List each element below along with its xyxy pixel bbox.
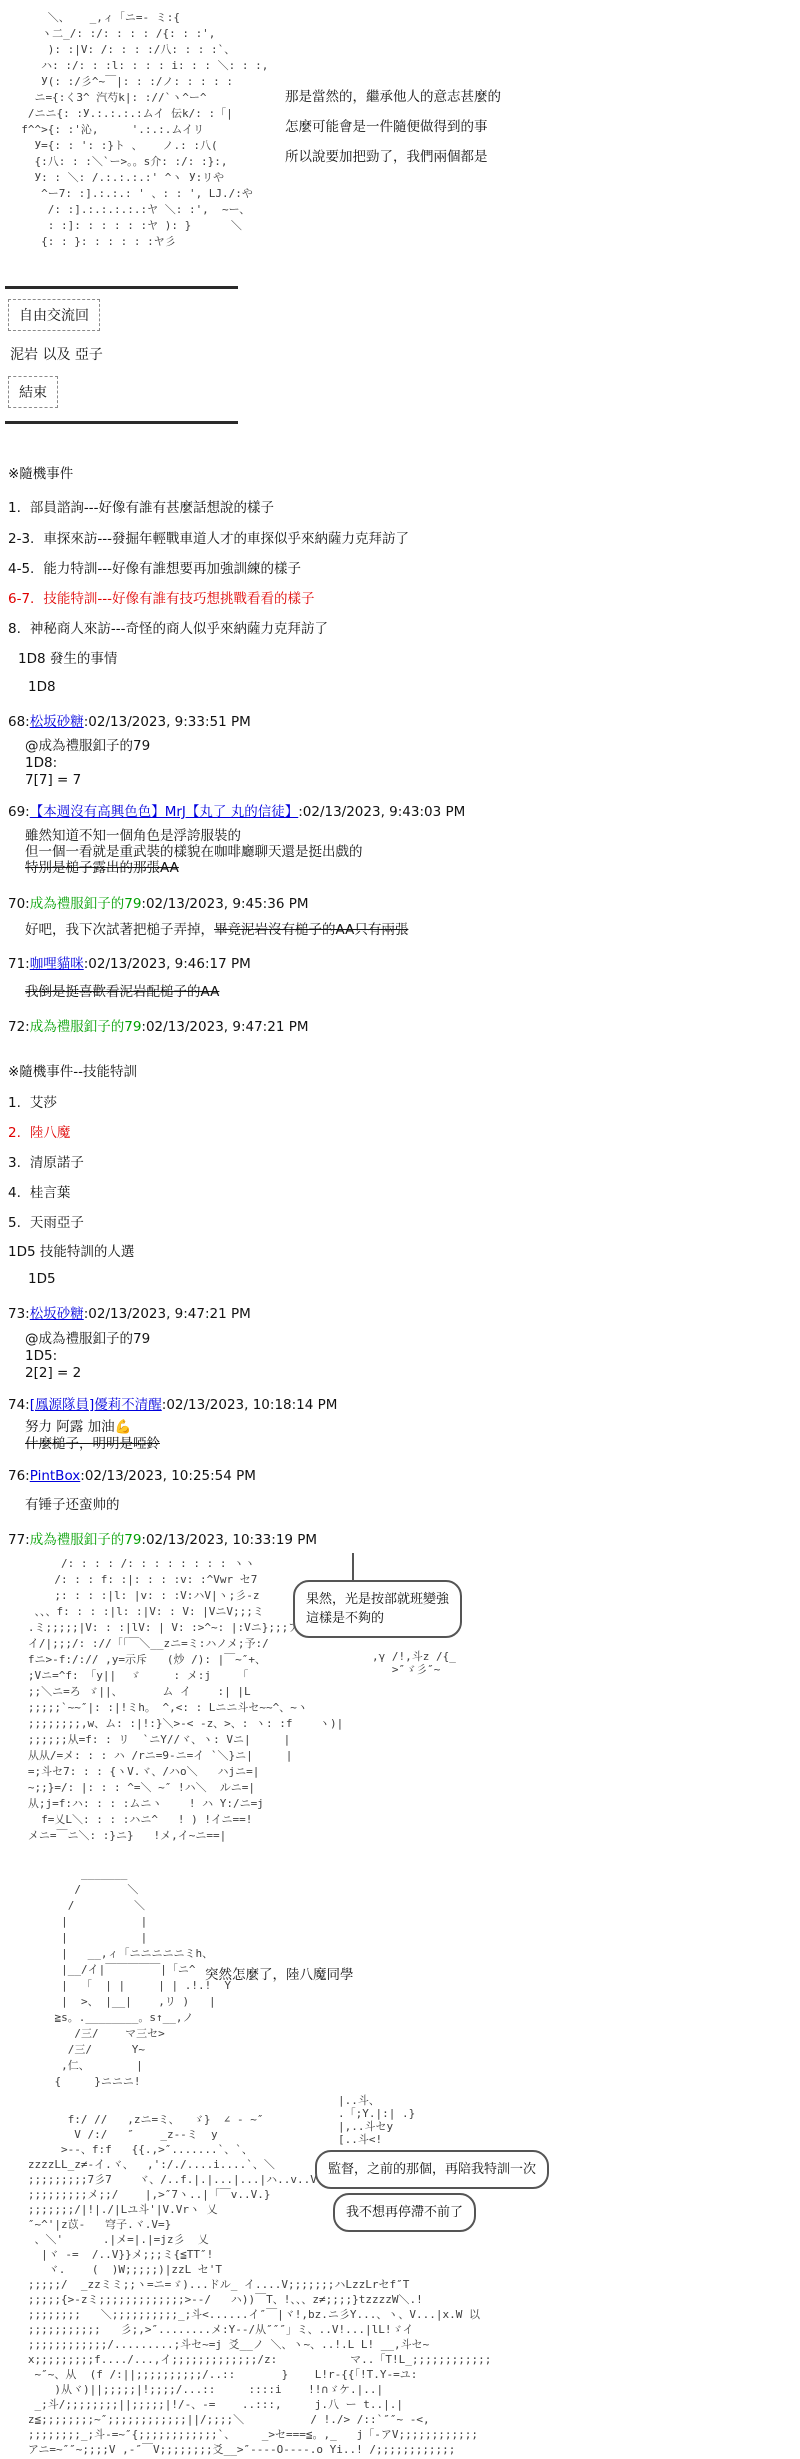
free-talk-tag: 自由交流回 [8, 299, 100, 331]
poster-name: 成為禮服釦子的79 [30, 1019, 142, 1035]
post-line: @成為禮服釦子的79 [25, 738, 150, 755]
candidate-item-highlighted: 2.陸八魔 [8, 1121, 70, 1141]
post-timestamp: :02/13/2023, 9:33:51 PM [84, 714, 251, 730]
poster-name-link[interactable]: 松坂砂糖 [30, 714, 84, 730]
post-number: 74: [8, 1397, 30, 1413]
post-line-struck: 特別是槌子露出的那張AA [25, 860, 363, 876]
post-header: 71:咖哩貓咪:02/13/2023, 9:46:17 PM [8, 952, 251, 972]
event-item: 2-3.車探來訪---發掘年輕戰車道人才的車探似乎來納薩力克拜訪了 [8, 527, 409, 547]
post-line: 2[2] = 2 [25, 1365, 150, 1382]
post-line: 好吧，我下次試著把槌子弄掉， [25, 922, 214, 938]
event-text: 神秘商人來訪---奇怪的商人似乎來納薩力克拜訪了 [30, 621, 328, 637]
event-item: 1.部員諮詢---好像有誰有甚麼話想說的樣子 [8, 496, 274, 516]
post-content: @成為禮服釦子的79 1D8: 7[7] = 7 [25, 738, 150, 789]
ascii-art-scene2: _______ / ＼ / ＼ | | | | | __,ィ「ニニニニニミh、 … [28, 1866, 231, 2090]
post-timestamp: :02/13/2023, 9:47:21 PM [84, 1306, 251, 1322]
event-text: 車探來訪---發掘年輕戰車道人才的車探似乎來納薩力克拜訪了 [43, 531, 409, 547]
post-line: 但一個一看就是重武裝的樣貌在咖啡廳聊天還是挺出戲的 [25, 844, 363, 860]
bubble-line: 這樣是不夠的 [306, 1609, 449, 1628]
speech-bubble: 我不想再停滯不前了 [333, 2193, 476, 2232]
flex-biceps-emoji: 💪 [115, 1419, 132, 1435]
dice-label: 1D8 發生的事情 [18, 647, 117, 667]
event-number: 1. [8, 500, 21, 516]
post-content: 好吧，我下次試著把槌子弄掉，畢竟泥岩沒有槌子的AA只有兩張 [25, 922, 408, 939]
candidate-number: 1. [8, 1095, 21, 1111]
post-header: 73:松坂砂糖:02/13/2023, 9:47:21 PM [8, 1302, 251, 1322]
divider-line [5, 421, 238, 424]
post-line: 雖然知道不知一個角色是浮誇服裝的 [25, 828, 363, 844]
post-number: 72: [8, 1019, 30, 1035]
post-content: 雖然知道不知一個角色是浮誇服裝的 但一個一看就是重武裝的樣貌在咖啡廳聊天還是挺出… [25, 828, 363, 876]
random-event-heading: ※隨機事件 [8, 462, 73, 482]
end-tag: 結束 [8, 376, 58, 408]
post-line: 努力 阿露 加油💪 [25, 1419, 160, 1436]
dice-roll: 1D8 [28, 679, 56, 695]
dice-label: 1D5 技能特訓的人選 [8, 1240, 134, 1260]
post-content: 有锤子还蛮帅的 [25, 1497, 120, 1514]
thread-page: ＼、 _,ィ「ニ=- ミ:{ ヽ二_/: :/: : : : /{: : :',… [0, 0, 800, 2459]
poster-name-link[interactable]: 【本週沒有高興色色】MrJ【丸了 丸的信徒】 [30, 804, 298, 820]
post-number: 68: [8, 714, 30, 730]
poster-name: 成為禮服釦子的79 [30, 1532, 142, 1548]
candidate-number: 4. [8, 1185, 21, 1201]
post-timestamp: :02/13/2023, 9:43:03 PM [298, 804, 465, 820]
candidate-name: 天雨亞子 [30, 1215, 84, 1231]
post-number: 69: [8, 804, 30, 820]
participants-label: 泥岩 以及 亞子 [10, 344, 103, 364]
candidate-name: 桂言葉 [30, 1185, 71, 1201]
event-number: 2-3. [8, 531, 34, 547]
candidate-item: 5.天雨亞子 [8, 1211, 84, 1231]
event-item-highlighted: 6-7.技能特訓---好像有誰有技巧想挑戰看看的樣子 [8, 587, 314, 607]
post-content: @成為禮服釦子的79 1D5: 2[2] = 2 [25, 1331, 150, 1382]
poster-name-link[interactable]: 松坂砂糖 [30, 1306, 84, 1322]
post-header: 68:松坂砂糖:02/13/2023, 9:33:51 PM [8, 710, 251, 730]
post-content: 努力 阿露 加油💪 什麼槌子，明明是啞鈴 [25, 1419, 160, 1453]
poster-name-link[interactable]: 咖哩貓咪 [30, 956, 84, 972]
post-header: 77:成為禮服釦子的79:02/13/2023, 10:33:19 PM [8, 1528, 317, 1548]
event-item: 8.神秘商人來訪---奇怪的商人似乎來納薩力克拜訪了 [8, 617, 328, 637]
poster-name-link[interactable]: PintBox [30, 1468, 81, 1484]
candidate-number: 3. [8, 1155, 21, 1171]
dialogue-line: 所以說要加把勁了，我們兩個都是 [285, 145, 488, 165]
candidate-item: 3.清原諾子 [8, 1151, 84, 1171]
divider-line [5, 286, 238, 289]
post-line-struck: 我倒是挺喜歡看泥岩配槌子的AA [25, 984, 219, 1001]
post-number: 77: [8, 1532, 30, 1548]
post-line: @成為禮服釦子的79 [25, 1331, 150, 1348]
speech-bubble: 監督，之前的那個，再陪我特訓一次 [315, 2150, 549, 2189]
post-line: 7[7] = 7 [25, 772, 150, 789]
poster-name: 成為禮服釦子的79 [30, 896, 142, 912]
post-timestamp: :02/13/2023, 9:47:21 PM [141, 1019, 308, 1035]
post-number: 70: [8, 896, 30, 912]
candidate-item: 4.桂言葉 [8, 1181, 70, 1201]
candidate-name: 陸八魔 [30, 1125, 71, 1141]
ascii-art-top: ＼、 _,ィ「ニ=- ミ:{ ヽ二_/: :/: : : : /{: : :',… [8, 10, 268, 250]
scene-caption: 突然怎麼了，陸八魔同學 [205, 1963, 354, 1983]
event-text: 技能特訓---好像有誰有技巧想挑戰看看的樣子 [43, 591, 314, 607]
candidate-name: 艾莎 [30, 1095, 57, 1111]
post-timestamp: :02/13/2023, 9:46:17 PM [84, 956, 251, 972]
event-number: 4-5. [8, 561, 34, 577]
event-number: 8. [8, 621, 21, 637]
bubble-line: 果然，光是按部就班變強 [306, 1590, 449, 1609]
candidate-item: 1.艾莎 [8, 1091, 57, 1111]
event-text: 能力特訓---好像有誰想要再加強訓練的樣子 [43, 561, 301, 577]
post-timestamp: :02/13/2023, 9:45:36 PM [141, 896, 308, 912]
post-number: 73: [8, 1306, 30, 1322]
post-line: 1D8: [25, 755, 150, 772]
post-timestamp: :02/13/2023, 10:33:19 PM [141, 1532, 317, 1548]
post-line: 1D5: [25, 1348, 150, 1365]
post-line-struck: 畢竟泥岩沒有槌子的AA只有兩張 [214, 922, 408, 938]
post-header: 76:PintBox:02/13/2023, 10:25:54 PM [8, 1468, 256, 1484]
post-header: 74:[鳳源隊員]優莉不清醒:02/13/2023, 10:18:14 PM [8, 1393, 337, 1413]
post-timestamp: :02/13/2023, 10:18:14 PM [162, 1397, 338, 1413]
poster-name-link[interactable]: [鳳源隊員]優莉不清醒 [30, 1397, 162, 1413]
dialogue-line: 那是當然的，繼承他人的意志甚麼的 [285, 85, 501, 105]
candidate-number: 5. [8, 1215, 21, 1231]
event-number: 6-7. [8, 591, 34, 607]
dialogue-line: 怎麼可能會是一件隨便做得到的事 [285, 115, 488, 135]
post-header: 70:成為禮服釦子的79:02/13/2023, 9:45:36 PM [8, 892, 308, 912]
post-number: 76: [8, 1468, 30, 1484]
post-header: 72:成為禮服釦子的79:02/13/2023, 9:47:21 PM [8, 1015, 308, 1035]
skill-event-heading: ※隨機事件--技能特訓 [8, 1060, 137, 1080]
post-header: 69:【本週沒有高興色色】MrJ【丸了 丸的信徒】:02/13/2023, 9:… [8, 800, 465, 820]
event-text: 部員諮詢---好像有誰有甚麼話想說的樣子 [30, 500, 274, 516]
ascii-art-fragment: ,γ /!,斗z /{_ >″ゞ彡″~ [372, 1650, 456, 1676]
dice-roll: 1D5 [28, 1271, 56, 1287]
post-timestamp: :02/13/2023, 10:25:54 PM [80, 1468, 256, 1484]
candidate-number: 2. [8, 1125, 21, 1141]
event-item: 4-5.能力特訓---好像有誰想要再加強訓練的樣子 [8, 557, 301, 577]
candidate-name: 清原諾子 [30, 1155, 84, 1171]
speech-bubble: 果然，光是按部就班變強 這樣是不夠的 [293, 1580, 462, 1638]
post-line-struck: 什麼槌子，明明是啞鈴 [25, 1436, 160, 1453]
post-number: 71: [8, 956, 30, 972]
